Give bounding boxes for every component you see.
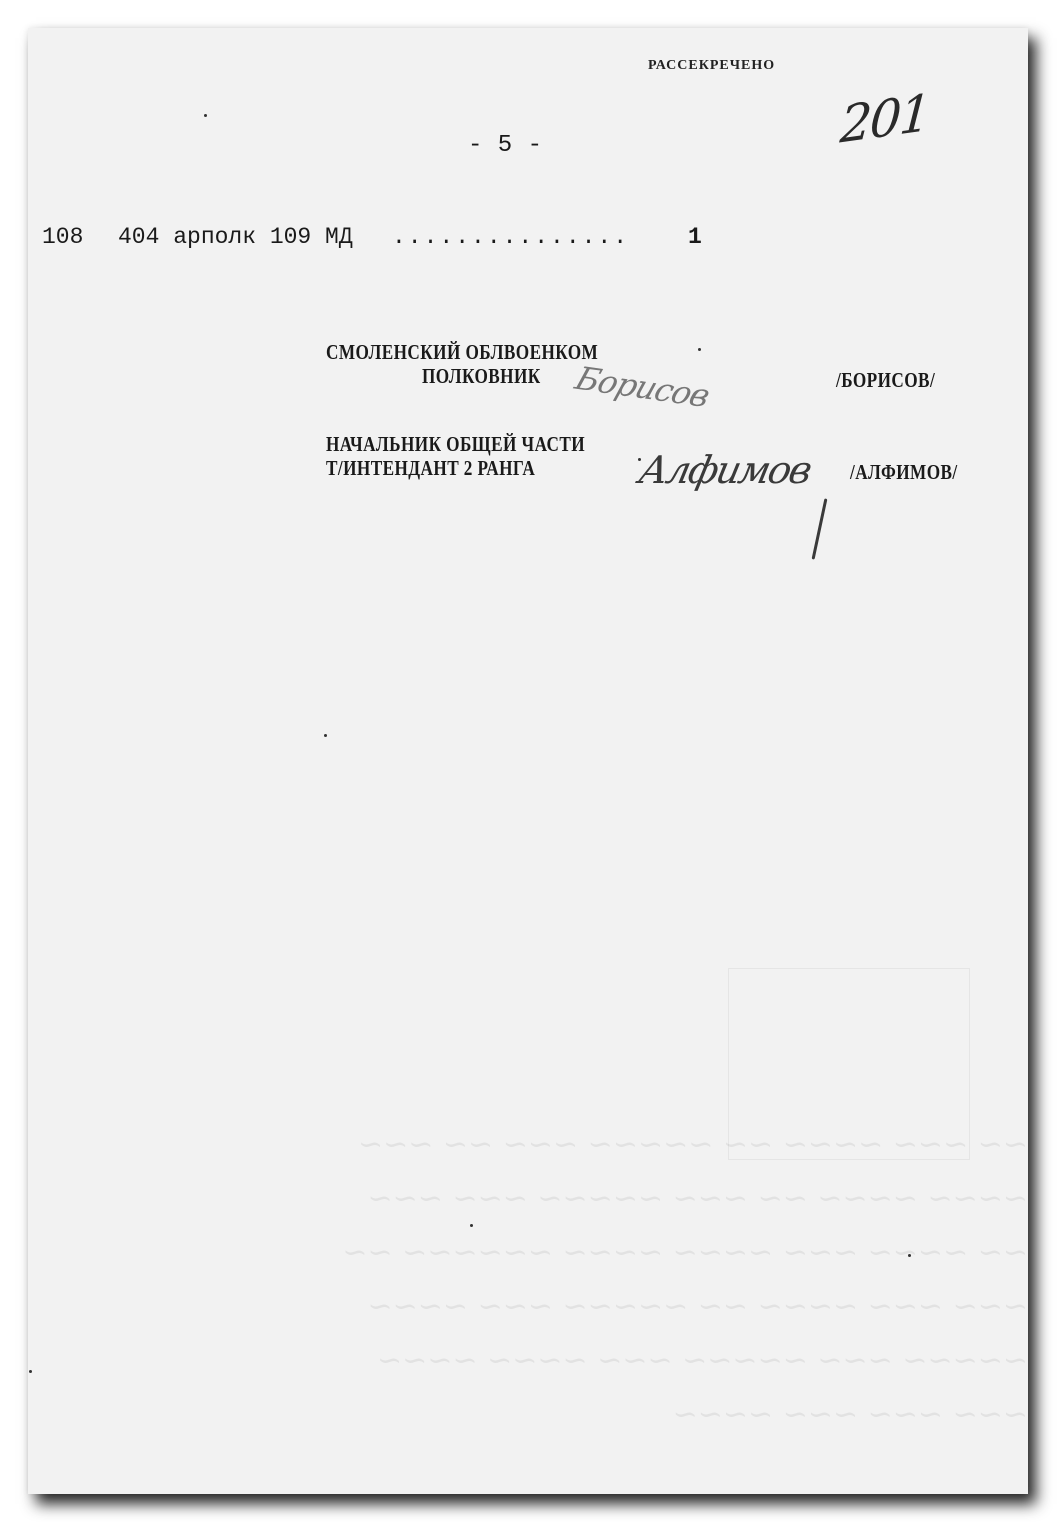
entry-leader-dots: ...............	[392, 224, 629, 250]
signatory-rank: ПОЛКОВНИК	[422, 364, 541, 389]
entry-count: 1	[688, 224, 702, 250]
paper-speck	[324, 734, 327, 737]
paper-speck	[908, 1254, 911, 1257]
handwritten-signature: Борисов	[571, 359, 714, 414]
signature-stroke	[812, 498, 828, 559]
entry-description: 404 арполк 109 МД	[118, 224, 353, 250]
signatory-organization: НАЧАЛЬНИК ОБЩЕЙ ЧАСТИ	[326, 432, 585, 457]
list-entry: 108 404 арполк 109 МД ............... 1	[42, 224, 722, 254]
paper-speck	[204, 114, 207, 117]
archive-sheet-number: 201	[838, 83, 931, 155]
declassified-stamp: РАССЕКРЕЧЕНО	[648, 58, 775, 74]
paper-speck	[638, 458, 641, 461]
bleed-through-text: ~~ ~~~ ~~~~ ~~ ~~~~~ ~~~ ~~ ~~~ ~~~~ ~~~…	[48, 1118, 1028, 1442]
signatory-printed-name: /БОРИСОВ/	[836, 368, 935, 393]
signatory-printed-name: /АЛФИМОВ/	[850, 460, 958, 485]
page-number: - 5 -	[468, 132, 543, 159]
entry-number: 108	[42, 224, 83, 250]
handwritten-signature: Алфимов	[635, 448, 814, 492]
paper-speck	[29, 1370, 32, 1373]
paper-speck	[470, 1224, 473, 1227]
signatory-rank: Т/ИНТЕНДАНТ 2 РАНГА	[326, 456, 535, 481]
signatory-organization: СМОЛЕНСКИЙ ОБЛВОЕНКОМ	[326, 340, 598, 365]
paper-speck	[698, 348, 701, 351]
document-page: ~~ ~~~ ~~~~ ~~ ~~~~~ ~~~ ~~ ~~~ ~~~~ ~~~…	[28, 28, 1028, 1494]
